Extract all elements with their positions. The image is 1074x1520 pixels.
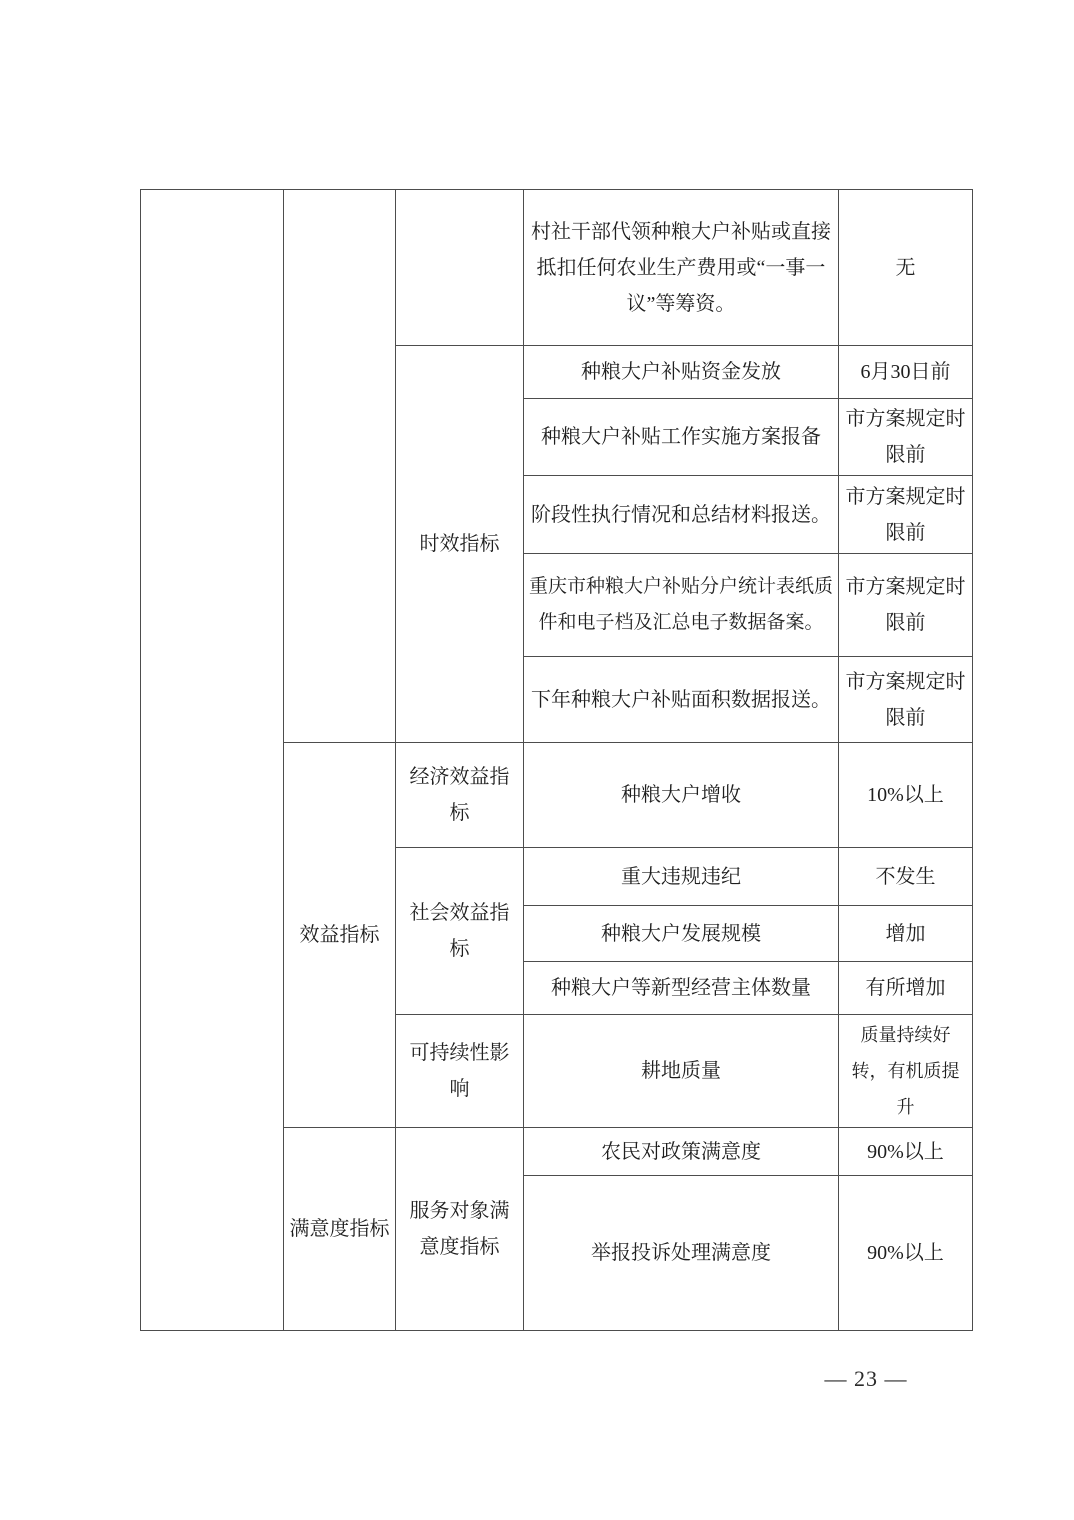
cell-indicator: 种粮大户补贴工作实施方案报备 (524, 399, 839, 476)
cell-subgroup-sustainability: 可持续性影响 (396, 1015, 524, 1128)
cell-target-value: 市方案规定时限前 (839, 554, 973, 657)
cell-indicator: 重庆市种粮大户补贴分户统计表纸质件和电子档及汇总电子数据备案。 (524, 554, 839, 657)
cell-subgroup-empty (396, 190, 524, 346)
cell-subgroup-economic-benefit: 经济效益指标 (396, 743, 524, 848)
cell-target-value: 增加 (839, 906, 973, 962)
cell-indicator: 村社干部代领种粮大户补贴或直接抵扣任何农业生产费用或“一事一议”等筹资。 (524, 190, 839, 346)
cell-target-value: 6月30日前 (839, 346, 973, 399)
cell-indicator: 举报投诉处理满意度 (524, 1176, 839, 1331)
cell-subgroup-service-satisfaction: 服务对象满意度指标 (396, 1128, 524, 1331)
cell-target-value: 市方案规定时限前 (839, 476, 973, 554)
page-number: — 23 — (806, 1366, 926, 1392)
cell-indicator: 种粮大户发展规模 (524, 906, 839, 962)
cell-indicator: 种粮大户等新型经营主体数量 (524, 962, 839, 1015)
cell-group-empty (284, 190, 396, 743)
indicator-table: 村社干部代领种粮大户补贴或直接抵扣任何农业生产费用或“一事一议”等筹资。 无 时… (140, 189, 973, 1331)
cell-indicator: 阶段性执行情况和总结材料报送。 (524, 476, 839, 554)
cell-target-value: 质量持续好转，有机质提升 (839, 1015, 973, 1128)
cell-target-value: 10%以上 (839, 743, 973, 848)
cell-indicator: 种粮大户增收 (524, 743, 839, 848)
cell-group-benefit: 效益指标 (284, 743, 396, 1128)
cell-subgroup-social-benefit: 社会效益指标 (396, 848, 524, 1015)
cell-target-value: 市方案规定时限前 (839, 399, 973, 476)
cell-target-value: 90%以上 (839, 1128, 973, 1176)
cell-indicator: 耕地质量 (524, 1015, 839, 1128)
cell-indicator: 重大违规违纪 (524, 848, 839, 906)
cell-target-value: 不发生 (839, 848, 973, 906)
cell-target-value: 市方案规定时限前 (839, 657, 973, 743)
cell-target-value: 有所增加 (839, 962, 973, 1015)
cell-target-value: 无 (839, 190, 973, 346)
cell-indicator: 种粮大户补贴资金发放 (524, 346, 839, 399)
document-page: 村社干部代领种粮大户补贴或直接抵扣任何农业生产费用或“一事一议”等筹资。 无 时… (0, 0, 1074, 1520)
cell-target-value: 90%以上 (839, 1176, 973, 1331)
cell-subgroup-timeliness: 时效指标 (396, 346, 524, 743)
cell-category-empty (141, 190, 284, 1331)
cell-indicator: 农民对政策满意度 (524, 1128, 839, 1176)
cell-group-satisfaction: 满意度指标 (284, 1128, 396, 1331)
cell-indicator: 下年种粮大户补贴面积数据报送。 (524, 657, 839, 743)
